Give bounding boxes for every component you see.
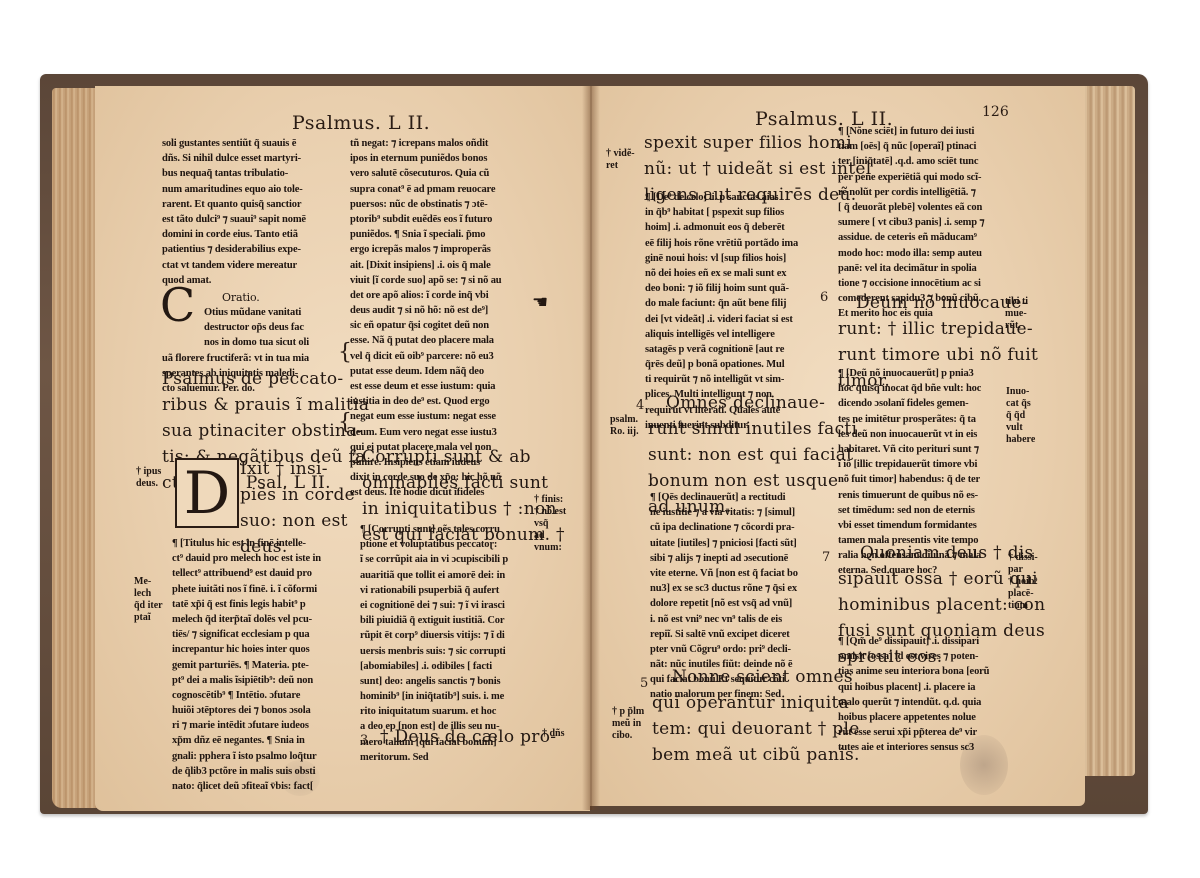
text-line: bus nequaq̃ tantas tribulatio- [162,166,306,181]
text-line: per pene experiētiã qui modo scĩ- [838,170,985,185]
text-line: hoibus placere appetentes nolue [838,710,989,725]
text-line: ctat vt tandem videre mereatur [162,258,306,273]
text-line: ti requirũt ⁊ nõ intelligũt vt sim- [645,372,798,387]
text-line: vbi esset timendum formidantes [838,518,981,533]
text-line: modo hoc: modo illa: semp auteu [838,246,985,261]
text-line: tiam [oēs] q̃ nũc [operaĩ] ptinaci [838,139,985,154]
verse-line: ominabiles facti sunt [362,470,565,496]
text-line: pt⁹ dei a malis ĩsipiētib⁹: deũ non [172,673,321,688]
verse-line: tem: qui deuorant † ple [652,716,860,742]
text-line: est tãto dulci⁹ ⁊ suaui⁹ sapit nomē [162,212,306,227]
text-line: bili piuidiã q̃ extiguit iustitiã. Cor [360,613,508,628]
text-line: melech q̃d iterp̃taĩ dolēs vel pcu- [172,612,321,627]
text-line: viuit [ĩ corde suo] apõ se: ⁊ si nõ au [350,273,502,288]
text-line: ct⁹ dauid pro melech hoc est iste in [172,551,321,566]
text-line: hoc quisq̃ inocat q̃d bñe vult: hoc [838,381,981,396]
text-line: sibi ⁊ alijs ⁊ inepti ad ɔsecutionē [650,551,798,566]
verse-line: suo: non est [240,508,355,534]
text-line: nõ dei hoies eñ ex se mali sunt ex [645,266,798,281]
text-line: num amaritudines equo aio tole- [162,182,306,197]
text-line: nos in domo tua sicut oli [162,335,309,350]
text-line: renis timuerunt de quibus nõ es- [838,488,981,503]
left-col1-commentary-top: soli gustantes sentiũt q̃ suauis ē dñs. … [162,136,306,288]
text-line: tatē xp̃i q̃ est finis legis habit⁹ p [172,597,321,612]
text-line: repiĩ. Si saltē vnũ excipet diceret [650,627,798,642]
verse-number-3: 3 [360,733,368,748]
text-line: rũt esse serui xp̃i pp̃terea de⁹ vir [838,725,989,740]
text-line: vite eterne. Vñ [non est q̃ faciat bo [650,566,798,581]
text-line: do male faciunt: q̃n aũt bene filij [645,296,798,311]
text-line: Otius mũdane vanitati [162,305,309,320]
verse-line: runt timore ubi nõ fuit [838,342,1038,368]
verse-number-7: 7 [822,550,830,565]
margin-note-melech: Me- lech q̃d iter ptaĩ [134,576,163,624]
verse-line: runt simul inutiles facti [648,416,857,442]
text-line: puniẽdos. ¶ Snia ĩ speciali. p̃mo [350,227,502,242]
text-line: pmisit [ossa] id est vires ⁊ poten- [838,649,989,664]
margin-note-insipiens: † ipus deus. [136,466,161,490]
text-line: [abomiabiles] .i. odibiles [ facti [360,659,508,674]
text-line: ¶ [Nõne sciēt] in futuro dei iusti [838,124,985,139]
verse-3-start: † Deus de cælo pro- [380,724,556,750]
text-line: re nolũt per cordis intelligētiã. ⁊ [838,185,985,200]
verse-line: Corrupti sunt & ab [362,444,565,470]
text-line: tiēs/ ⁊ significat ecclesiam p qua [172,627,321,642]
decorated-initial-D: D [175,458,239,528]
text-line: tñ negat: ⁊ icrepans malos oñdit [350,136,502,151]
verse-number-2: 2 [352,452,360,467]
text-line: de q̃lib3 pctõre in malis suis obsti [172,764,321,779]
verse-number-6: 6 [820,290,828,305]
text-line: assidue. de ceteris eñ mãducam⁹ [838,230,985,245]
text-line: tes ne imitētur prosperãtes: q̃ ta [838,412,981,427]
text-line: vel q̃ dicit eũ oib⁹ parcere: nõ eu3 [350,349,502,364]
left-running-head: Psalmus. L II. [292,112,430,134]
verse-line: bem meã ut cibũ panis. [652,742,860,768]
verse-line: Nonne scient omnes [652,664,860,690]
text-line: hominib⁹ [in iniq̃tatib⁹] suis. i. me [360,689,508,704]
text-line: det ore apõ alios: ĩ corde inq̃ vbi [350,288,502,303]
margin-note-dissipauit: † dissi- par † hoib⁹ placē- tium [1008,552,1038,612]
text-line: uersis menbris suis: ⁊ sic corrupti [360,644,508,659]
margin-note-inuocat: Inuo- cat q̃s q̃ q̃d vult habere [1006,386,1035,446]
text-line: est esse deum et esse iustum: quia [350,379,502,394]
text-line: esse. Nã q̃ putat deo placere mala [350,333,502,348]
text-line: pter vnũ Cõgru⁹ ordo: pri⁹ decli- [650,642,798,657]
text-line: dolore repetit [nõ est vsq̃ ad vnũ] [650,596,798,611]
text-line: iustitia in deo de⁹ est. Quod ergo [350,394,502,409]
text-line: ei cognitionē dei ⁊ sui: ⁊ ĩ vi irasci [360,598,508,613]
text-line: i. nõ est vni⁹ nec vn⁹ talis de eis [650,612,798,627]
text-line: auaritiã que tollit ei amorē dei: in [360,568,508,583]
text-line: rito iniquitatum suarum. et hoc [360,704,508,719]
text-line: rũpit ēt corp⁹ diuersis vitijs: ⁊ ĩ di [360,628,508,643]
text-line: [ q̃ deuorãt plebē] volentes eã con [838,200,985,215]
margin-note-psalm-ref: psalm. Ro. iij. [610,414,639,438]
manicule-pointing-hand-icon: ☚ [532,292,548,313]
right-col2-commentary-bottom: ¶ [Qm̃ de⁹ dissipauit] .i. dissipari pmi… [838,634,989,756]
brace-mark: { [338,340,352,365]
margin-note-dns: † dñs [542,728,565,740]
text-line: deum. Eum vero negat esse iustu3 [350,425,502,440]
text-line: vi rationabili psuperbiã q̃ aufert [360,583,508,598]
text-line: panē: vel ita decimãtur in spolia [838,261,985,276]
text-line: destructor op̃s deus fac [162,320,309,335]
text-line: deus audit ⁊ si nõ hõ: nõ est de⁹] [350,303,502,318]
margin-note-tibi: tibi ti mue- rũt. [1005,296,1028,332]
oratio-heading: Oratio. [222,290,260,305]
text-line: ĩ se corrũpit aia in vi ɔcupiscibili p [360,552,508,567]
text-line: ¶ [Corrupti sunt] oẽs tales corru [360,522,508,537]
book-gutter [582,86,600,810]
text-line: nato: q̃licet deũ ɔfiteaĩ v̄bis: fact[ [172,779,321,794]
text-line: ĩ iõ [illic trepidauerũt timore vbi [838,457,981,472]
text-line: negat eum esse iustum: negat esse [350,409,502,424]
text-line: increpantur hic hoies inter quos [172,642,321,657]
margin-note-plebem: † p p̃lm meũ in cibo. [612,706,644,742]
text-line: ait. [Dixit insipiens] .i. ois q̃ male [350,258,502,273]
text-line: ginē noui hois: vl [sup filios hois] [645,251,798,266]
text-line: in q̃b⁹ habitat [ pspexit sup filios [645,205,798,220]
text-line: uitate [iutiles] ⁊ pniciosi [facti sũt] [650,536,798,551]
verse-5: Nonne scient omnes qui operantur iniquit… [652,664,860,768]
text-line: deo boni: ⁊ iõ filij hoim sunt quã- [645,281,798,296]
text-line: ipos in eternum puniẽdos bonos [350,151,502,166]
text-line: dicendo ɔsolanĩ fideles gemen- [838,396,981,411]
folio-number: 126 [982,104,1009,120]
text-line: gnali: pphera ĩ isto psalmo loq̃tur [172,749,321,764]
text-line: ¶ [Oēs declinauerũt] a rectitudi [650,490,798,505]
text-line: xp̃m dñz eē negantes. ¶ Snia in [172,733,321,748]
text-line: tias anime seu interiora bona [eorũ [838,664,989,679]
verse-line: sunt: non est qui faciat [648,442,857,468]
text-line: domini in corde eius. Tanto etiã [162,227,306,242]
text-line: putat esse deum. Idem nãq̃ deo [350,364,502,379]
text-line: satagēs p verã cognitionē [aut re [645,342,798,357]
page-edges-right [1080,86,1135,776]
verse-line: Ixit † insi- [240,456,355,482]
text-line: rarent. Et quanto quisq̃ sanctior [162,197,306,212]
text-line: patientius ⁊ desiderabilius expe- [162,242,306,257]
verse-line: Omnes declinaue- [648,390,857,416]
verse-line: qui operantur iniquita [652,690,860,716]
title-line: Psalmus de peccato- [162,366,369,392]
text-line: ¶ [Titulus hic est in finē intelle- [172,536,321,551]
margin-note-non-est: † finis: † nõ est vsq̃ ad vnum: [534,494,566,554]
left-col1-commentary-bottom: ¶ [Titulus hic est in finē intelle- ct⁹ … [172,536,321,794]
text-line: phete iuitãti nos ĩ finē. i. ĩ cõformi [172,582,321,597]
text-line: ptorib⁹ subdit euẽdēs eos ĩ futuro [350,212,502,227]
text-line: nu3] ex se sc3 ductus rõne ⁊ q̃si ex [650,581,798,596]
text-line: huiõi ɔtēptores dei ⁊ bonos ɔsola [172,703,321,718]
text-line: dñs. Si nihil dulce esset martyri- [162,151,306,166]
text-line: soli gustantes sentiũt q̃ suauis ē [162,136,306,151]
text-line: ptione et voluptatibus peccatoɽ: [360,537,508,552]
text-line: vero salutē cõsecuturos. Quia cũ [350,166,502,181]
text-line: habitaret. Vñ cito perituri sunt ⁊ [838,442,981,457]
brace-mark: { [338,410,352,435]
text-line: qui hoibus placent] .i. placere ia [838,680,989,695]
text-line: gemit parturiēs. ¶ Materia. pte- [172,658,321,673]
text-line: hoim] .i. admonuit eos q̃ deberēt [645,220,798,235]
text-line: ¶ [Deũ nõ inuocauerũt] p pnia3 [838,366,981,381]
text-line: ter [iniq̃tatē] .q.d. amo sciēt tunc [838,154,985,169]
text-line: tione ⁊ occisione innocētium ac si [838,276,985,291]
text-line: sunt] deo: angelis sanctis ⁊ bonis [360,674,508,689]
text-line: ¶ [Qm̃ de⁹ dissipauit] .i. dissipari [838,634,989,649]
text-line: ¶ [De⁹ de celo] .i. p sanctas aias [645,190,798,205]
text-line: cũ ipa declinatione ⁊ cõcordi pra- [650,520,798,535]
text-line: q̃rēs deũ] p bonã opationes. Mul [645,357,798,372]
text-line: ergo icrepãs malos ⁊ improperãs [350,242,502,257]
text-line: supra conat⁹ ē ad pmam reuocare [350,182,502,197]
text-line: eē filij hois rõne vrētiũ portãdo ima [645,236,798,251]
verse-number-5: 5 [640,676,648,691]
text-line: tellect⁹ attribuend⁹ est dauid pro [172,566,321,581]
text-line: ne iustitie ⁊ a via v̄itatis: ⁊ [simul] [650,505,798,520]
text-line: ri ⁊ marie intēdit ɔfutare iudeos [172,718,321,733]
text-line: set timēdum: sed non de eternis [838,503,981,518]
text-line: cognoscētib⁹ ¶ Intētio. ɔfutare [172,688,321,703]
text-line: uã florere fructiferã: vt in tua mia [162,351,309,366]
text-line: dei [vt videãt] .i. videri faciat si est [645,312,798,327]
verse-line: piēs in corde [240,482,355,508]
text-line: sic eñ opatur q̃si cogitet deũ non [350,318,502,333]
margin-note-videret: † vidẽ- ret [606,148,635,172]
text-line: sumere [ vt cibu3 panis] .i. semp ⁊ [838,215,985,230]
text-line: les deũ non inuocauerũt vt in eis [838,427,981,442]
text-line: meritorum. Sed [360,750,508,765]
text-line: malo querũt ⁊ intendũt. q.d. quia [838,695,989,710]
text-line: aliquis intelligēs vel intelligere [645,327,798,342]
text-line: tutes aie et interiores sensus sc3 [838,740,989,755]
text-line: nõ fuit timor] habendus: q̃ de ter [838,472,981,487]
verse-number-4: 4 [636,398,644,413]
text-line: puersos: nũc de obstinatis ⁊ ɔtē- [350,197,502,212]
